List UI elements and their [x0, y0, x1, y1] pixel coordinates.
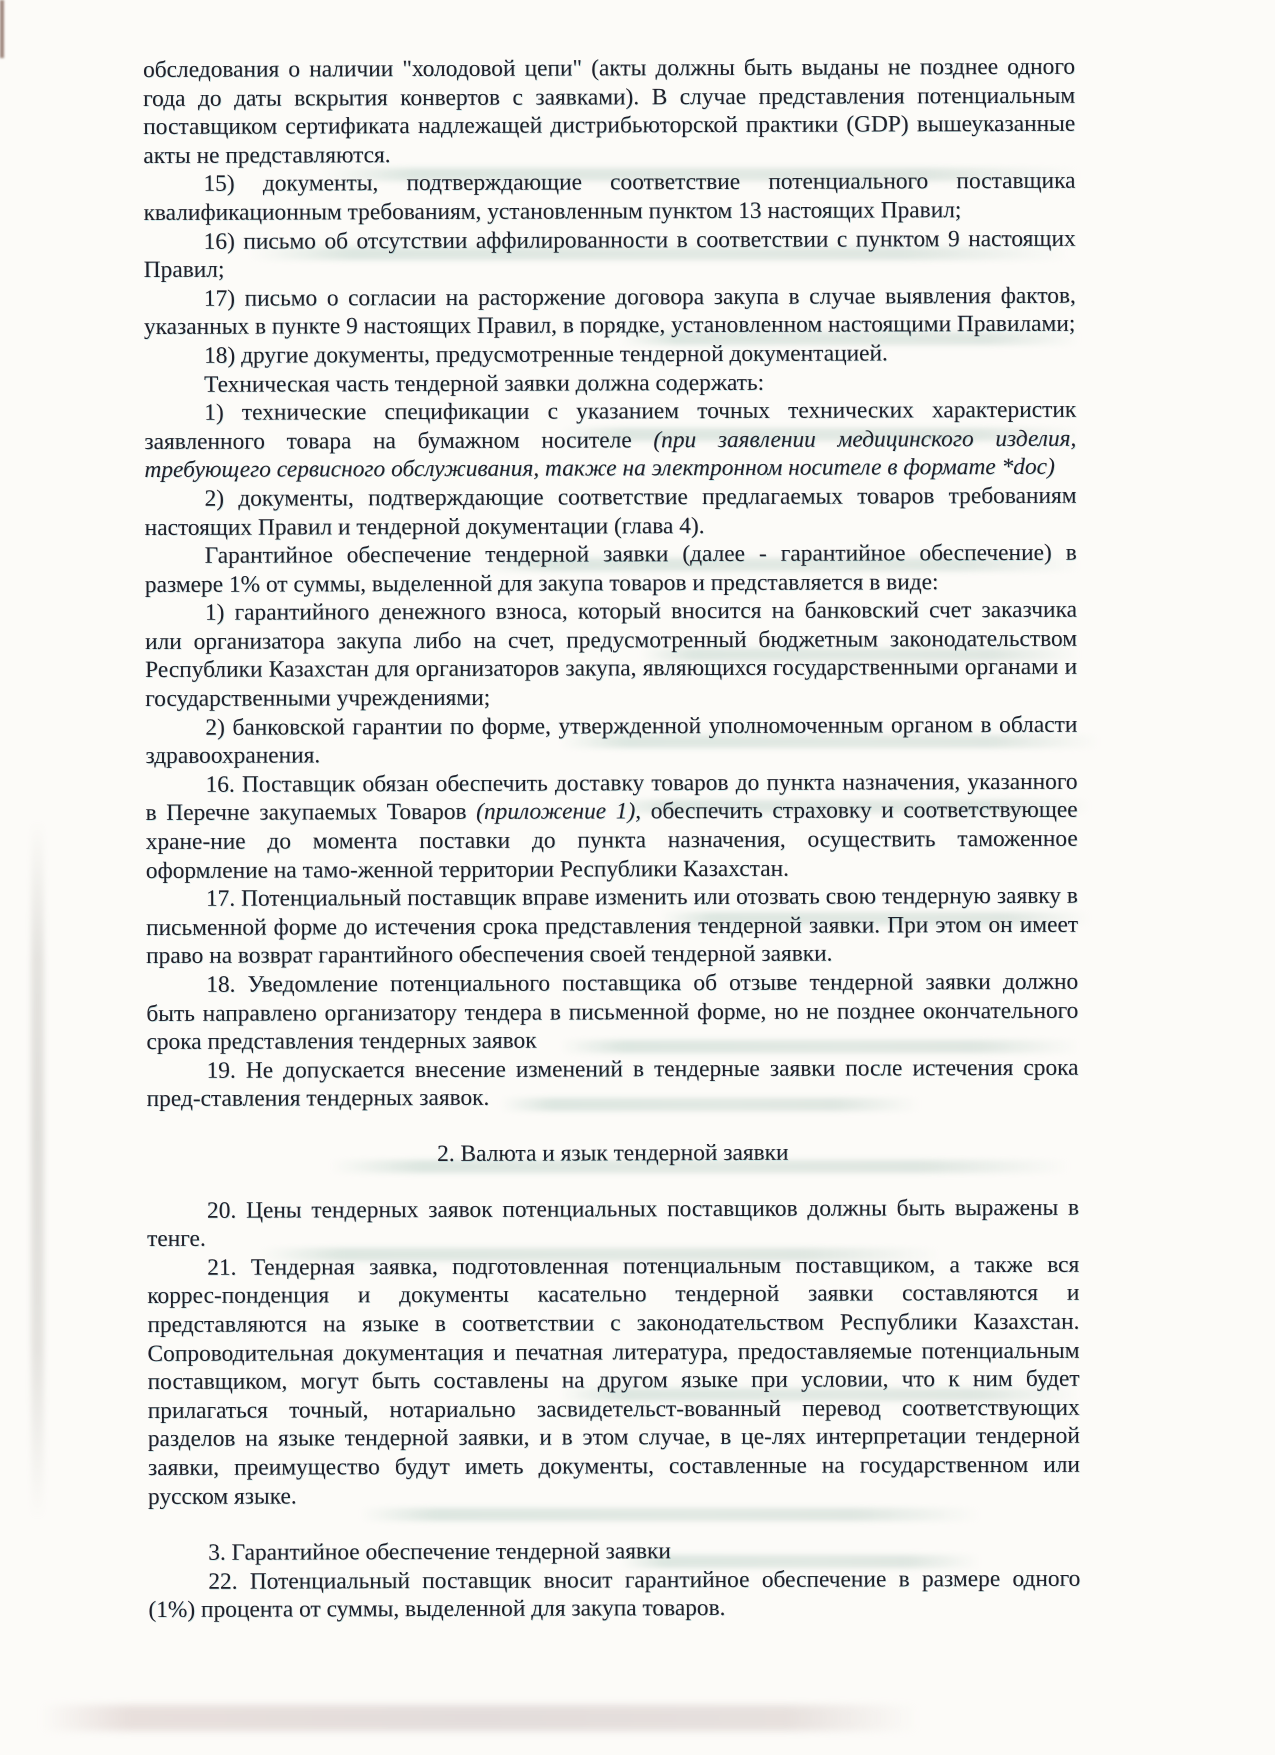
paragraph-item-16: 16) письмо об отсутствии аффилированност… — [144, 224, 1076, 284]
paragraph-technical-part-intro: Техническая часть тендерной заявки должн… — [144, 367, 1076, 399]
document-text: обследования о наличии "холодовой цепи" … — [143, 53, 1080, 1625]
point-16-italic-reference: (приложение 1), — [476, 799, 641, 826]
bleed-through-artifact — [40, 1705, 920, 1731]
paragraph-guarantee-intro: Гарантийное обеспечение тендерной заявки… — [145, 539, 1077, 599]
scan-edge-strip — [0, 0, 4, 58]
section-heading-currency-language: 2. Валюта и язык тендерной заявки — [147, 1138, 1079, 1170]
paragraph-point-17: 17. Потенциальный поставщик вправе измен… — [146, 882, 1078, 971]
paragraph-item-15: 15) документы, подтверждающие соответств… — [143, 167, 1075, 227]
paragraph-point-20: 20. Цены тендерных заявок потенциальных … — [147, 1193, 1079, 1253]
paragraph-point-19: 19. Не допускается внесение изменений в … — [146, 1054, 1078, 1114]
paragraph-guarantee-form-2: 2) банковской гарантии по форме, утвержд… — [145, 710, 1077, 770]
section-heading-guarantee: 3. Гарантийное обеспечение тендерной зая… — [148, 1536, 1080, 1568]
scanned-document-page: обследования о наличии "холодовой цепи" … — [0, 0, 1275, 1755]
paragraph-item-17: 17) письмо о согласии на расторжение дог… — [144, 281, 1076, 341]
paragraph-point-21: 21. Тендерная заявка, подготовленная пот… — [147, 1250, 1080, 1511]
scan-edge-shadow — [31, 820, 44, 1520]
paragraph-guarantee-form-1: 1) гарантийного денежного взноса, которы… — [145, 596, 1077, 714]
paragraph-point-22: 22. Потенциальный поставщик вносит гаран… — [148, 1564, 1080, 1624]
paragraph-intro-continuation: обследования о наличии "холодовой цепи" … — [143, 53, 1075, 171]
paragraph-tech-item-1: 1) технические спецификации с указанием … — [144, 396, 1076, 485]
paragraph-point-16: 16. Поставщик обязан обеспечить доставку… — [145, 768, 1077, 886]
paragraph-item-18: 18) другие документы, предусмотренные те… — [144, 339, 1076, 371]
paragraph-tech-item-2: 2) документы, подтверждающие соответстви… — [144, 482, 1076, 542]
paragraph-point-18: 18. Уведомление потенциального поставщик… — [146, 968, 1078, 1057]
